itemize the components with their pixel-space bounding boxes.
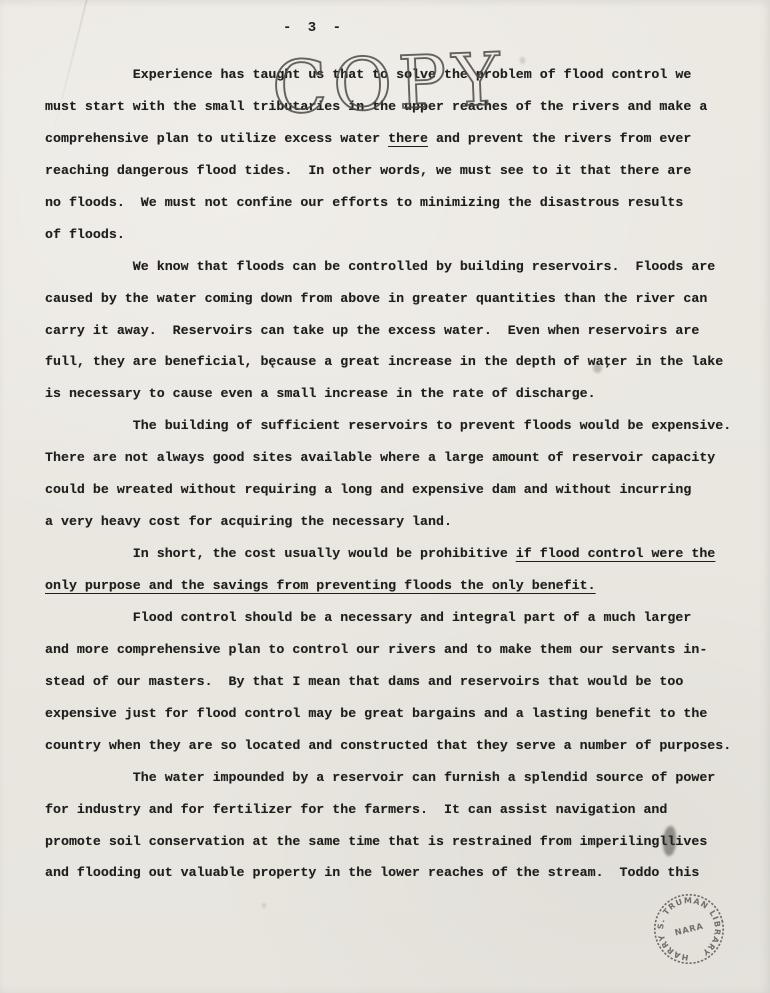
typed-text: a very heavy cost for acquiring the nece…: [45, 514, 452, 529]
text-line: The water impounded by a reservoir can f…: [45, 762, 745, 794]
text-line: and more comprehensive plan to control o…: [45, 634, 745, 666]
text-line: must start with the small tributaries in…: [45, 91, 745, 123]
typed-text: expensive just for flood control may be …: [45, 706, 707, 721]
text-line: and flooding out valuable property in th…: [45, 857, 745, 889]
typed-text: In short, the cost usually would be proh…: [45, 546, 516, 561]
typed-text: stead of our masters. By that I mean tha…: [45, 674, 683, 689]
typed-text: for industry and for fertilizer for the …: [45, 802, 667, 817]
underlined-text: if flood control were the: [516, 546, 716, 561]
text-line: full, they are beneficial, bęcause a gre…: [45, 346, 745, 378]
typed-text: could be wreated without requiring a lon…: [45, 482, 691, 497]
text-line: Flood control should be a necessary and …: [45, 602, 745, 634]
truman-library-stamp: HARRY S. TRUMAN LIBRARY NARA: [651, 891, 727, 967]
text-line: for industry and for fertilizer for the …: [45, 794, 745, 826]
text-line: could be wreated without requiring a lon…: [45, 474, 745, 506]
text-line: carry it away. Reservoirs can take up th…: [45, 315, 745, 347]
document-text: Experience has taught us that to solve t…: [45, 59, 745, 889]
typed-text: is necessary to cause even a small incre…: [45, 386, 596, 401]
typed-text: The building of sufficient reservoirs to…: [45, 418, 731, 433]
text-line: caused by the water coming down from abo…: [45, 283, 745, 315]
text-line: a very heavy cost for acquiring the nece…: [45, 506, 745, 538]
typed-text: and more comprehensive plan to control o…: [45, 642, 707, 657]
ink-speck: [262, 903, 266, 908]
underlined-text: there: [388, 131, 428, 146]
text-line: Experience has taught us that to solve t…: [45, 59, 745, 91]
typed-text: no floods. We must not confine our effor…: [45, 195, 683, 210]
stamp-center-text: NARA: [674, 921, 705, 938]
typed-text: comprehensive plan to utilize excess wat…: [45, 131, 388, 146]
text-line: We know that floods can be controlled by…: [45, 251, 745, 283]
document-page: - 3 - Experience has taught us that to s…: [0, 0, 770, 993]
page-number: - 3 -: [283, 20, 345, 36]
text-line: The building of sufficient reservoirs to…: [45, 410, 745, 442]
typed-text: Experience has taught us that to solve t…: [45, 67, 691, 82]
text-line: In short, the cost usually would be proh…: [45, 538, 745, 570]
text-line: expensive just for flood control may be …: [45, 698, 745, 730]
text-line: There are not always good sites availabl…: [45, 442, 745, 474]
text-line: promote soil conservation at the same ti…: [45, 826, 745, 858]
typed-text: of floods.: [45, 227, 125, 242]
text-line: country when they are so located and con…: [45, 730, 745, 762]
typed-text: We know that floods can be controlled by…: [45, 259, 715, 274]
text-line: is necessary to cause even a small incre…: [45, 378, 745, 410]
typed-text: and flooding out valuable property in th…: [45, 865, 699, 880]
typed-text: reaching dangerous flood tides. In other…: [45, 163, 691, 178]
underlined-text: only purpose and the savings from preven…: [45, 578, 596, 593]
text-line: stead of our masters. By that I mean tha…: [45, 666, 745, 698]
typed-text: There are not always good sites availabl…: [45, 450, 715, 465]
typed-text: country when they are so located and con…: [45, 738, 731, 753]
typed-text: promote soil conservation at the same ti…: [45, 834, 707, 849]
text-line: no floods. We must not confine our effor…: [45, 187, 745, 219]
text-line: reaching dangerous flood tides. In other…: [45, 155, 745, 187]
typed-text: The water impounded by a reservoir can f…: [45, 770, 715, 785]
typed-text: caused by the water coming down from abo…: [45, 291, 707, 306]
ink-speck: [593, 363, 602, 373]
ink-speck: [520, 57, 525, 64]
typed-text: and prevent the rivers from ever: [428, 131, 691, 146]
typed-text: must start with the small tributaries in…: [45, 99, 707, 114]
text-line: only purpose and the savings from preven…: [45, 570, 745, 602]
typed-text: carry it away. Reservoirs can take up th…: [45, 323, 699, 338]
typed-text: Flood control should be a necessary and …: [45, 610, 691, 625]
text-line: of floods.: [45, 219, 745, 251]
text-line: comprehensive plan to utilize excess wat…: [45, 123, 745, 155]
typed-text: full, they are beneficial, bęcause a gre…: [45, 354, 723, 369]
